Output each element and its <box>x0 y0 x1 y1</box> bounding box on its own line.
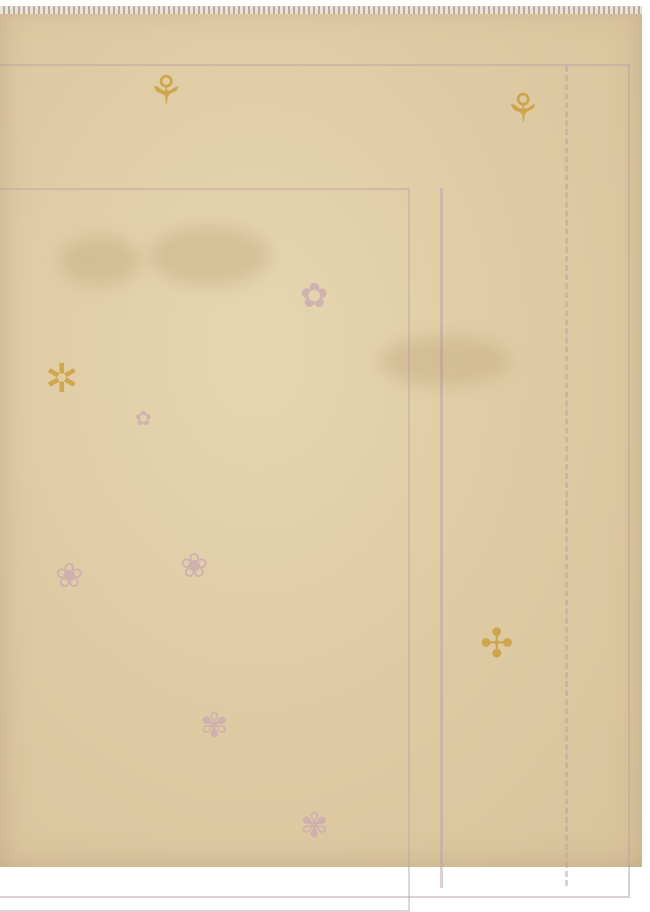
inner-field-border <box>0 188 410 867</box>
lavender-flower: ❀ <box>55 556 84 596</box>
gold-branch-motif: ⚘ <box>148 68 184 114</box>
stain <box>60 236 140 286</box>
stain <box>380 336 510 386</box>
gold-branch-motif: ✣ <box>480 621 514 667</box>
lavender-flower: ✾ <box>300 806 329 846</box>
lavender-flower: ❀ <box>180 546 209 586</box>
gold-branch-motif: ✲ <box>45 356 79 402</box>
gold-branch-motif: ⚘ <box>505 86 541 132</box>
lavender-flower: ✿ <box>300 276 329 316</box>
side-stripe <box>440 188 443 867</box>
lavender-flower: ✾ <box>200 706 229 746</box>
side-stripe-outer <box>565 66 568 867</box>
stain <box>150 226 270 286</box>
rug-photo: ⚘ ⚘ ✣ ✲ ✿ ❀ ❀ ✿ ✾ ✾ <box>0 6 642 867</box>
lavender-flower: ✿ <box>135 406 152 431</box>
rug-fringe <box>0 6 642 14</box>
